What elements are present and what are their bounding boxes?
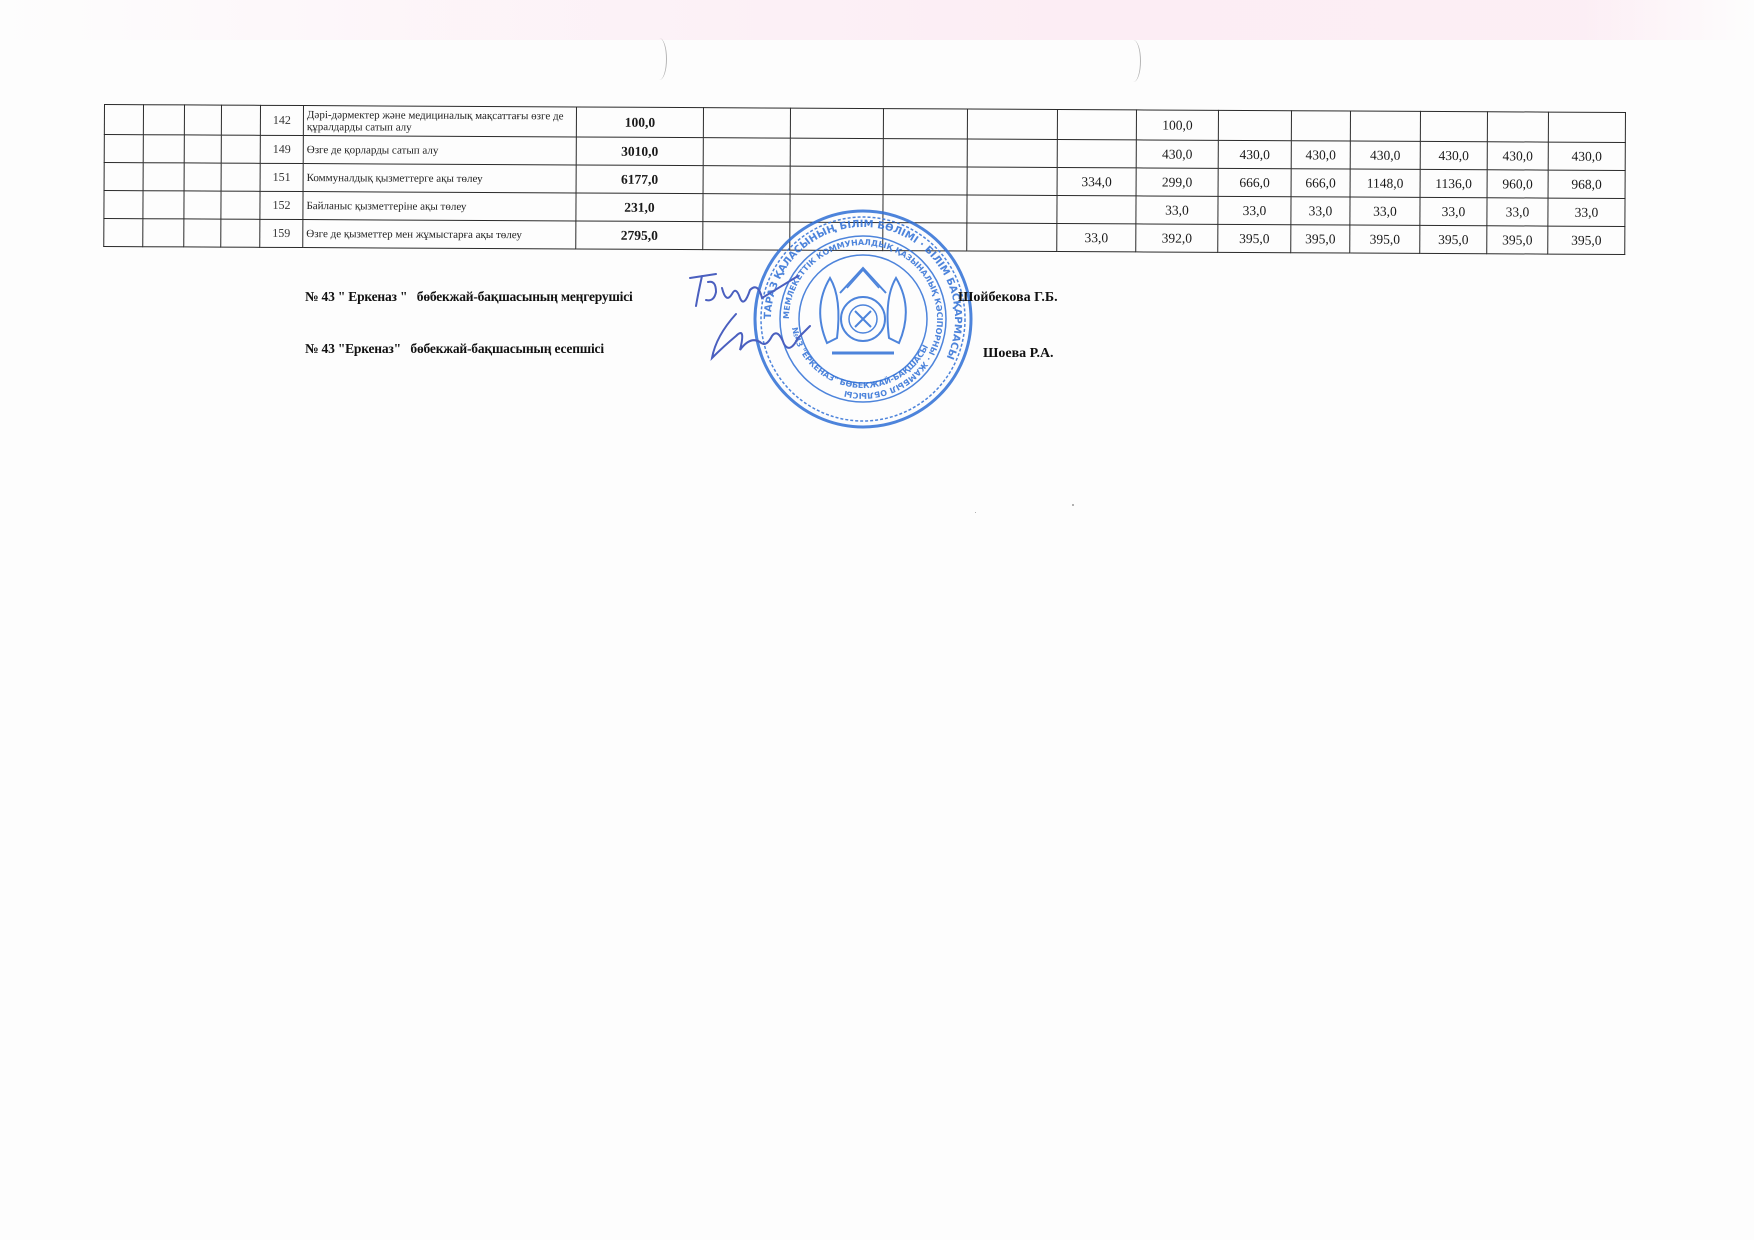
monthly-value-cell: 430,0: [1291, 141, 1350, 169]
monthly-value-cell: [703, 138, 790, 166]
monthly-value-cell: [967, 109, 1057, 139]
punch-hole-mark: [1126, 40, 1141, 82]
empty-cell: [143, 219, 184, 247]
monthly-value-cell: [703, 108, 790, 138]
monthly-value-cell: 299,0: [1136, 168, 1218, 196]
empty-cell: [184, 163, 221, 191]
monthly-value-cell: [790, 108, 883, 138]
scan-speck: [1072, 504, 1074, 506]
monthly-value-cell: 395,0: [1218, 224, 1291, 252]
monthly-value-cell: 395,0: [1487, 226, 1548, 254]
head-title: № 43 " Еркеназ " бөбекжай-бақшасының мең…: [305, 289, 633, 305]
accountant-title: № 43 "Еркеназ" бөбекжай-бақшасының есепш…: [305, 341, 604, 357]
monthly-value-cell: 392,0: [1136, 224, 1218, 252]
monthly-value-cell: 430,0: [1548, 142, 1625, 170]
specifics-code-cell: 142: [260, 105, 303, 135]
monthly-value-cell: 33,0: [1057, 223, 1136, 251]
monthly-value-cell: 33,0: [1291, 197, 1350, 225]
specifics-code-cell: 151: [260, 163, 303, 191]
annual-total-cell: 3010,0: [576, 137, 703, 166]
monthly-value-cell: 430,0: [1350, 141, 1420, 169]
empty-cell: [104, 135, 143, 163]
monthly-value-cell: [1057, 109, 1136, 139]
empty-cell: [143, 105, 184, 135]
monthly-value-cell: 395,0: [1548, 226, 1625, 254]
monthly-value-cell: [790, 138, 883, 166]
monthly-value-cell: [967, 223, 1057, 251]
monthly-value-cell: 395,0: [1420, 225, 1487, 253]
monthly-value-cell: [1487, 112, 1548, 142]
monthly-value-cell: 395,0: [1350, 225, 1420, 253]
scan-artifact-band: [0, 0, 1754, 40]
description-cell: Коммуналдық қызметтерге ақы төлеу: [303, 164, 576, 193]
annual-total-cell: 231,0: [576, 193, 703, 222]
annual-total-cell: 100,0: [576, 107, 703, 138]
monthly-value-cell: [967, 167, 1057, 195]
monthly-value-cell: 430,0: [1136, 140, 1218, 168]
monthly-value-cell: 430,0: [1218, 140, 1291, 168]
monthly-value-cell: 1148,0: [1350, 169, 1420, 197]
monthly-value-cell: 968,0: [1548, 170, 1625, 198]
monthly-value-cell: [1057, 139, 1136, 167]
empty-cell: [221, 219, 260, 247]
monthly-value-cell: [883, 139, 967, 167]
monthly-value-cell: 100,0: [1136, 110, 1218, 140]
specifics-code-cell: 152: [260, 191, 303, 219]
scan-speck: [975, 512, 976, 513]
monthly-value-cell: [967, 139, 1057, 167]
head-name: Шойбекова Г.Б.: [958, 290, 1058, 306]
specifics-code-cell: 159: [260, 219, 303, 247]
empty-cell: [143, 135, 184, 163]
description-cell: Өзге де қызметтер мен жұмыстарға ақы төл…: [303, 220, 576, 249]
monthly-value-cell: [967, 195, 1057, 223]
monthly-value-cell: 960,0: [1487, 170, 1548, 198]
empty-cell: [104, 105, 143, 135]
monthly-value-cell: 666,0: [1218, 168, 1291, 196]
empty-cell: [104, 219, 143, 247]
monthly-value-cell: [883, 109, 967, 139]
monthly-value-cell: [1291, 111, 1350, 141]
monthly-value-cell: [1420, 111, 1487, 141]
monthly-value-cell: 430,0: [1487, 142, 1548, 170]
specifics-code-cell: 149: [260, 135, 303, 163]
description-cell: Өзге де қорларды сатып алу: [303, 136, 576, 165]
annual-total-cell: 2795,0: [576, 221, 703, 250]
annual-total-cell: 6177,0: [576, 165, 703, 194]
empty-cell: [184, 191, 221, 219]
empty-cell: [104, 191, 143, 219]
accountant-name: Шоева Р.А.: [983, 346, 1054, 362]
empty-cell: [184, 105, 221, 135]
monthly-value-cell: [1350, 111, 1420, 141]
monthly-value-cell: 33,0: [1548, 198, 1625, 226]
punch-hole-mark: [652, 38, 667, 80]
empty-cell: [221, 105, 260, 135]
monthly-value-cell: [1218, 110, 1291, 140]
empty-cell: [143, 163, 184, 191]
monthly-value-cell: 33,0: [1487, 198, 1548, 226]
empty-cell: [221, 135, 260, 163]
empty-cell: [184, 219, 221, 247]
description-cell: Дәрі-дәрмектер және медициналық мақсатта…: [303, 106, 576, 137]
monthly-value-cell: 33,0: [1350, 197, 1420, 225]
description-cell: Байланыс қызметтеріне ақы төлеу: [303, 192, 576, 221]
monthly-value-cell: 33,0: [1420, 197, 1487, 225]
monthly-value-cell: [790, 166, 883, 194]
monthly-value-cell: [1548, 112, 1625, 142]
monthly-value-cell: [883, 167, 967, 195]
monthly-value-cell: 666,0: [1291, 169, 1350, 197]
monthly-value-cell: 430,0: [1420, 141, 1487, 169]
empty-cell: [143, 191, 184, 219]
monthly-value-cell: 395,0: [1291, 225, 1350, 253]
empty-cell: [221, 163, 260, 191]
monthly-value-cell: 334,0: [1057, 167, 1136, 195]
monthly-value-cell: [703, 166, 790, 194]
accountant-signature: [706, 306, 816, 366]
empty-cell: [104, 163, 143, 191]
monthly-value-cell: [1057, 195, 1136, 223]
empty-cell: [221, 191, 260, 219]
monthly-value-cell: 33,0: [1136, 196, 1218, 224]
monthly-value-cell: 1136,0: [1420, 169, 1487, 197]
empty-cell: [184, 135, 221, 163]
monthly-value-cell: 33,0: [1218, 196, 1291, 224]
